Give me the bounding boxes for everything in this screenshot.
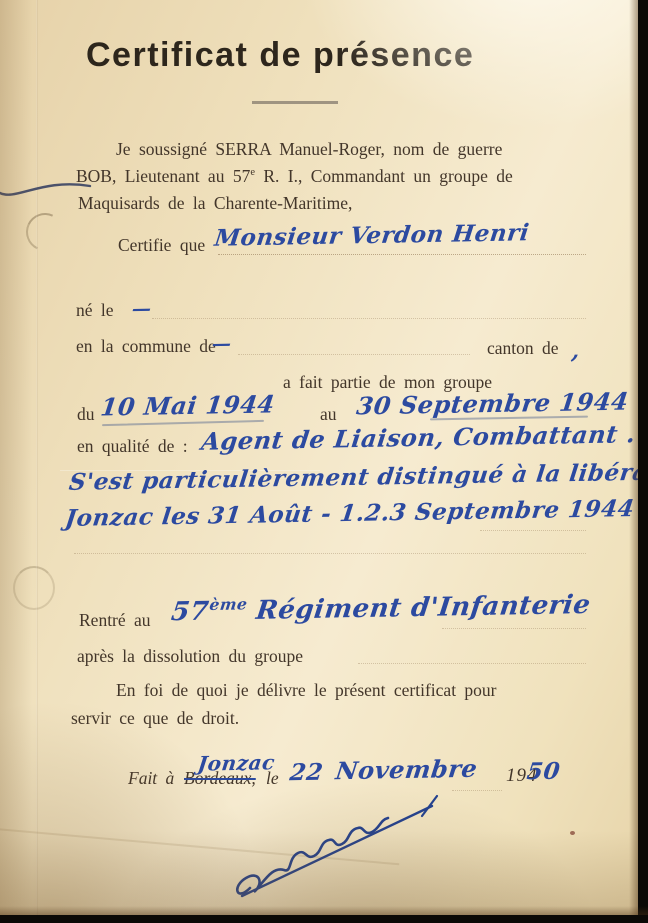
return-handwritten: 57ème Régiment d'Infanterie (170, 588, 593, 627)
issue-month-handwritten: Novembre (334, 754, 479, 785)
issue-place-handwritten: Jonzac (196, 750, 276, 775)
return-value-ordinal: ème (208, 594, 248, 614)
to-label: au (320, 404, 337, 425)
born-label: né le (76, 300, 114, 321)
born-handwritten-mark: — (131, 298, 153, 320)
signature-flourish (234, 790, 464, 910)
document-title: Certificat de présence (86, 36, 474, 75)
to-date-handwritten: 30 Septembre 1944 (355, 387, 630, 421)
issue-fait-label: Fait à (128, 768, 174, 789)
distinction-line1-handwritten: S'est particulièrement distingué à la li… (68, 457, 648, 496)
closing-line2: servir ce que de droit. (71, 708, 239, 729)
return-label: Rentré au (79, 610, 151, 631)
issue-year-overwrite-handwritten: 50 (525, 758, 561, 786)
commune-label: en la commune de (76, 336, 216, 357)
intro-line2-pre: BOB, Lieutenant au 57 (76, 166, 250, 186)
issue-place: Bordeaux, Jonzac (184, 768, 256, 789)
closing-line1: En foi de quoi je délivre le présent cer… (116, 680, 497, 701)
from-label: du (77, 404, 95, 425)
canton-handwritten-mark: , (570, 338, 581, 364)
return-line2: après la dissolution du groupe (77, 646, 303, 667)
quality-label: en qualité de : (77, 436, 188, 457)
form-dotted-line (74, 552, 586, 554)
from-date-handwritten: 10 Mai 1944 (99, 389, 277, 421)
handwritten-name: Monsieur Verdon Henri (213, 219, 531, 251)
certify-label: Certifie que (118, 235, 205, 256)
distinction-line2-handwritten: Jonzac les 31 Août - 1.2.3 Septembre 194… (64, 495, 636, 532)
paper-crease-vertical (36, 0, 38, 923)
intro-line1: Je soussigné SERRA Manuel-Roger, nom de … (116, 139, 502, 160)
title-underline (252, 101, 338, 104)
form-dotted-line (152, 317, 586, 319)
commune-handwritten-mark: — (211, 333, 233, 355)
intro-line2-post: R. I., Commandant un groupe de (255, 166, 513, 186)
return-value-regiment: Régiment d'Infanterie (245, 590, 593, 626)
paper-edge-shadow-bottom (0, 906, 648, 915)
intro-line3: Maquisards de la Charente-Maritime, (78, 193, 352, 214)
hole-punch-top (21, 208, 70, 257)
paper-speck (570, 831, 575, 835)
issue-le-label: le (266, 768, 279, 789)
photo-black-edge-right (638, 0, 648, 923)
return-value-number: 57 (170, 597, 211, 628)
form-dotted-line (480, 529, 586, 531)
intro-line2: BOB, Lieutenant au 57e R. I., Commandant… (76, 166, 513, 187)
quality-handwritten: Agent de Liaison, Combattant . (200, 419, 638, 456)
form-dotted-line (218, 253, 586, 255)
canton-label: canton de (487, 338, 559, 359)
form-dotted-line (442, 627, 586, 629)
document-photo: Certificat de présence Je soussigné SERR… (0, 0, 648, 923)
form-dotted-line (238, 353, 470, 355)
photo-black-edge-bottom (0, 915, 648, 923)
form-dotted-line (358, 662, 586, 664)
paper-edge-shadow-right (629, 0, 638, 923)
hole-punch-bottom (13, 566, 55, 610)
issue-day-handwritten: 22 (288, 759, 324, 787)
